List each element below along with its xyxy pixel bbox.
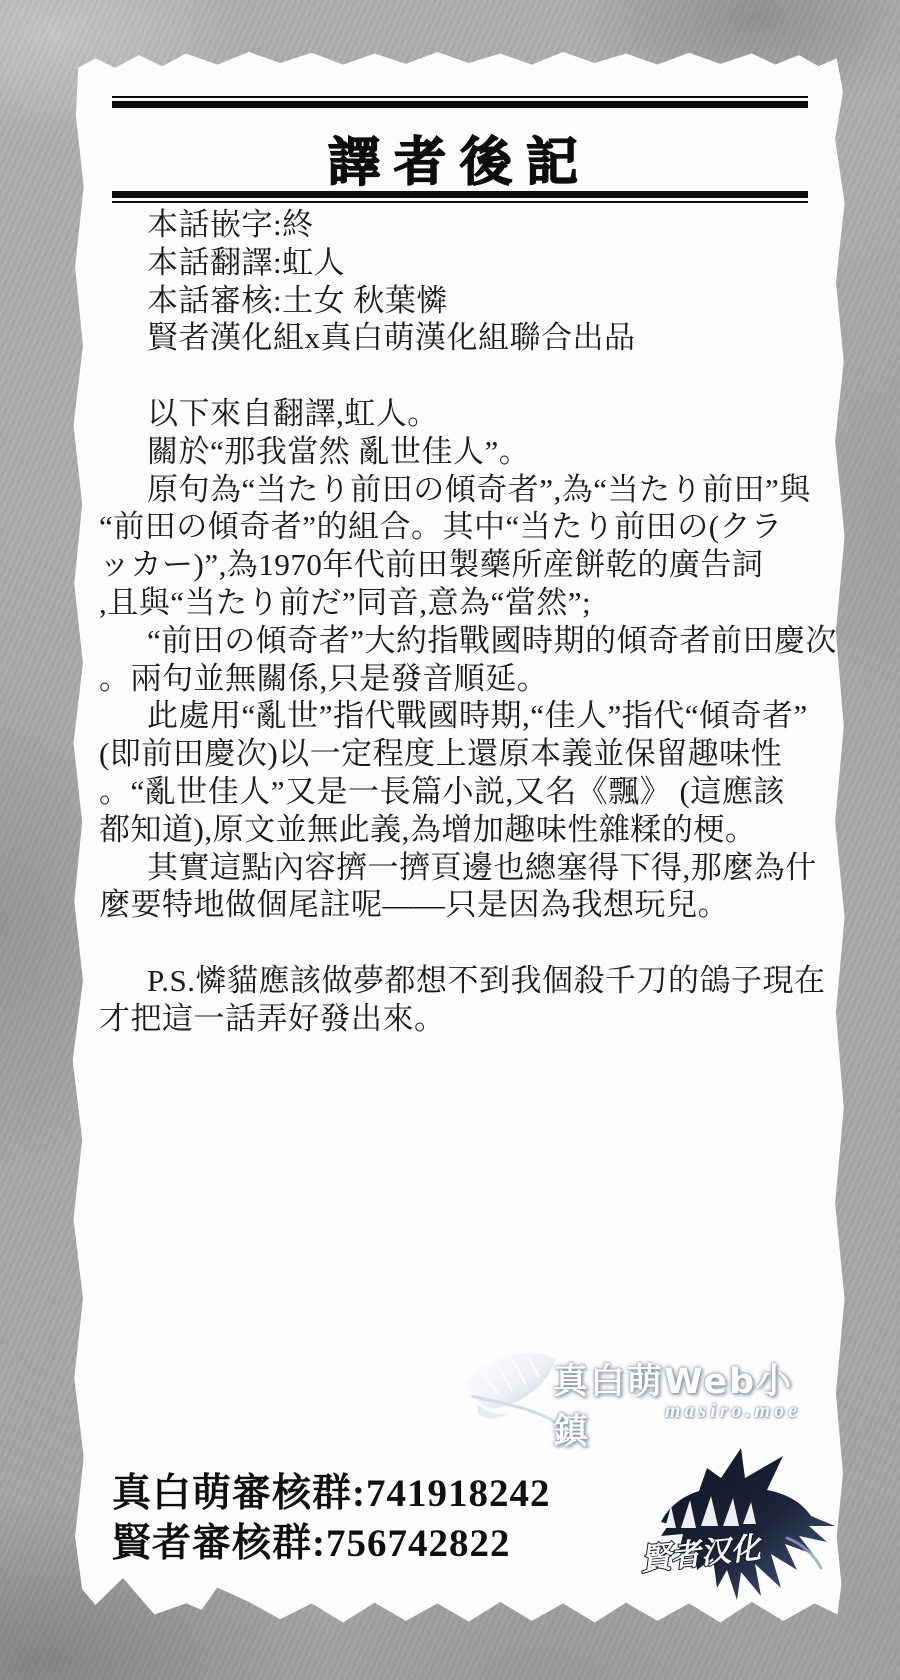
double-rule-above-title <box>112 96 808 108</box>
afterword-text-line: 才把這一話弄好發出來。 <box>99 1000 815 1038</box>
afterword-text-line: 以下來自翻譯,虹人。 <box>99 395 815 433</box>
afterword-text-line: P.S.憐貓應該做夢都想不到我個殺千刀的鴿子現在 <box>99 962 815 1000</box>
watermark-site-domain: masiro.moe <box>635 1400 801 1423</box>
afterword-body: 本話嵌字:終本話翻譯:虹人本話審核:土女 秋葉憐賢者漢化組x真白萌漢化組聯合出品… <box>99 206 815 1038</box>
afterword-text-line: 本話翻譯:虹人 <box>99 244 815 282</box>
afterword-text-line: “前田の傾奇者”的組合。其中“当たり前田の(クラ <box>99 508 815 546</box>
crow-icon <box>661 1448 835 1600</box>
afterword-text-line: “前田の傾奇者”大約指戰國時期的傾奇者前田慶次 <box>99 622 815 660</box>
afterword-text-line: 其實這點內容擠一擠頁邊也總塞得下得,那麼為什 <box>99 849 815 887</box>
masiro-group-label: 真白萌審核群 <box>112 1472 352 1515</box>
afterword-text-line: (即前田慶次)以一定程度上還原本義並保留趣味性 <box>99 735 815 773</box>
afterword-text-line: 本話審核:土女 秋葉憐 <box>99 282 815 320</box>
colon-separator: : <box>312 1522 326 1565</box>
gray-textured-background: 譯者後記 本話嵌字:終本話翻譯:虹人本話審核:土女 秋葉憐賢者漢化組x真白萌漢化… <box>0 0 900 1680</box>
afterword-text-line: 本話嵌字:終 <box>99 206 815 244</box>
afterword-text-line: ッカー)”,為1970年代前田製藥所産餅乾的廣告詞 <box>99 546 815 584</box>
sage-scanlation-logo: 賢者汉化 <box>636 1444 848 1604</box>
masiro-group-number: 741918242 <box>366 1472 551 1515</box>
afterword-text-line: 此處用“亂世”指代戰國時期,“佳人”指代“傾奇者” <box>99 697 815 735</box>
afterword-text-line <box>99 924 815 962</box>
qq-group-numbers: 真白萌審核群:741918242 賢者審核群:756742822 <box>112 1462 551 1562</box>
afterword-text-line: ,且與“当たり前だ”同音,意為“當然”; <box>99 584 815 622</box>
colon-separator: : <box>352 1472 366 1515</box>
masiro-review-group-line: 真白萌審核群:741918242 <box>112 1462 551 1512</box>
sage-group-label: 賢者審核群 <box>112 1522 312 1565</box>
sage-review-group-line: 賢者審核群:756742822 <box>112 1512 551 1562</box>
afterword-text-line: 都知道),原文並無此義,為增加趣味性雜糅的梗。 <box>99 811 815 849</box>
afterword-text-line: 。兩句並無關係,只是發音順延。 <box>99 660 815 698</box>
sage-group-number: 756742822 <box>326 1522 511 1565</box>
afterword-text-line: 原句為“当たり前田の傾奇者”,為“当たり前田”與 <box>99 471 815 509</box>
afterword-text-line: 賢者漢化組x真白萌漢化組聯合出品 <box>99 319 815 357</box>
double-rule-below-title <box>112 191 808 203</box>
afterword-text-line: 。“亂世佳人”又是一長篇小説,又名《飄》 (這應該 <box>99 773 815 811</box>
afterword-text-line <box>99 357 815 395</box>
afterword-text-line: 關於“那我當然 亂世佳人”。 <box>99 433 815 471</box>
page-title: 譯者後記 <box>112 120 808 195</box>
masiro-watermark: 真白萌Web小鎮 masiro.moe <box>455 1340 815 1440</box>
afterword-text-line: 麼要特地做個尾註呢——只是因為我想玩兒。 <box>99 886 815 924</box>
